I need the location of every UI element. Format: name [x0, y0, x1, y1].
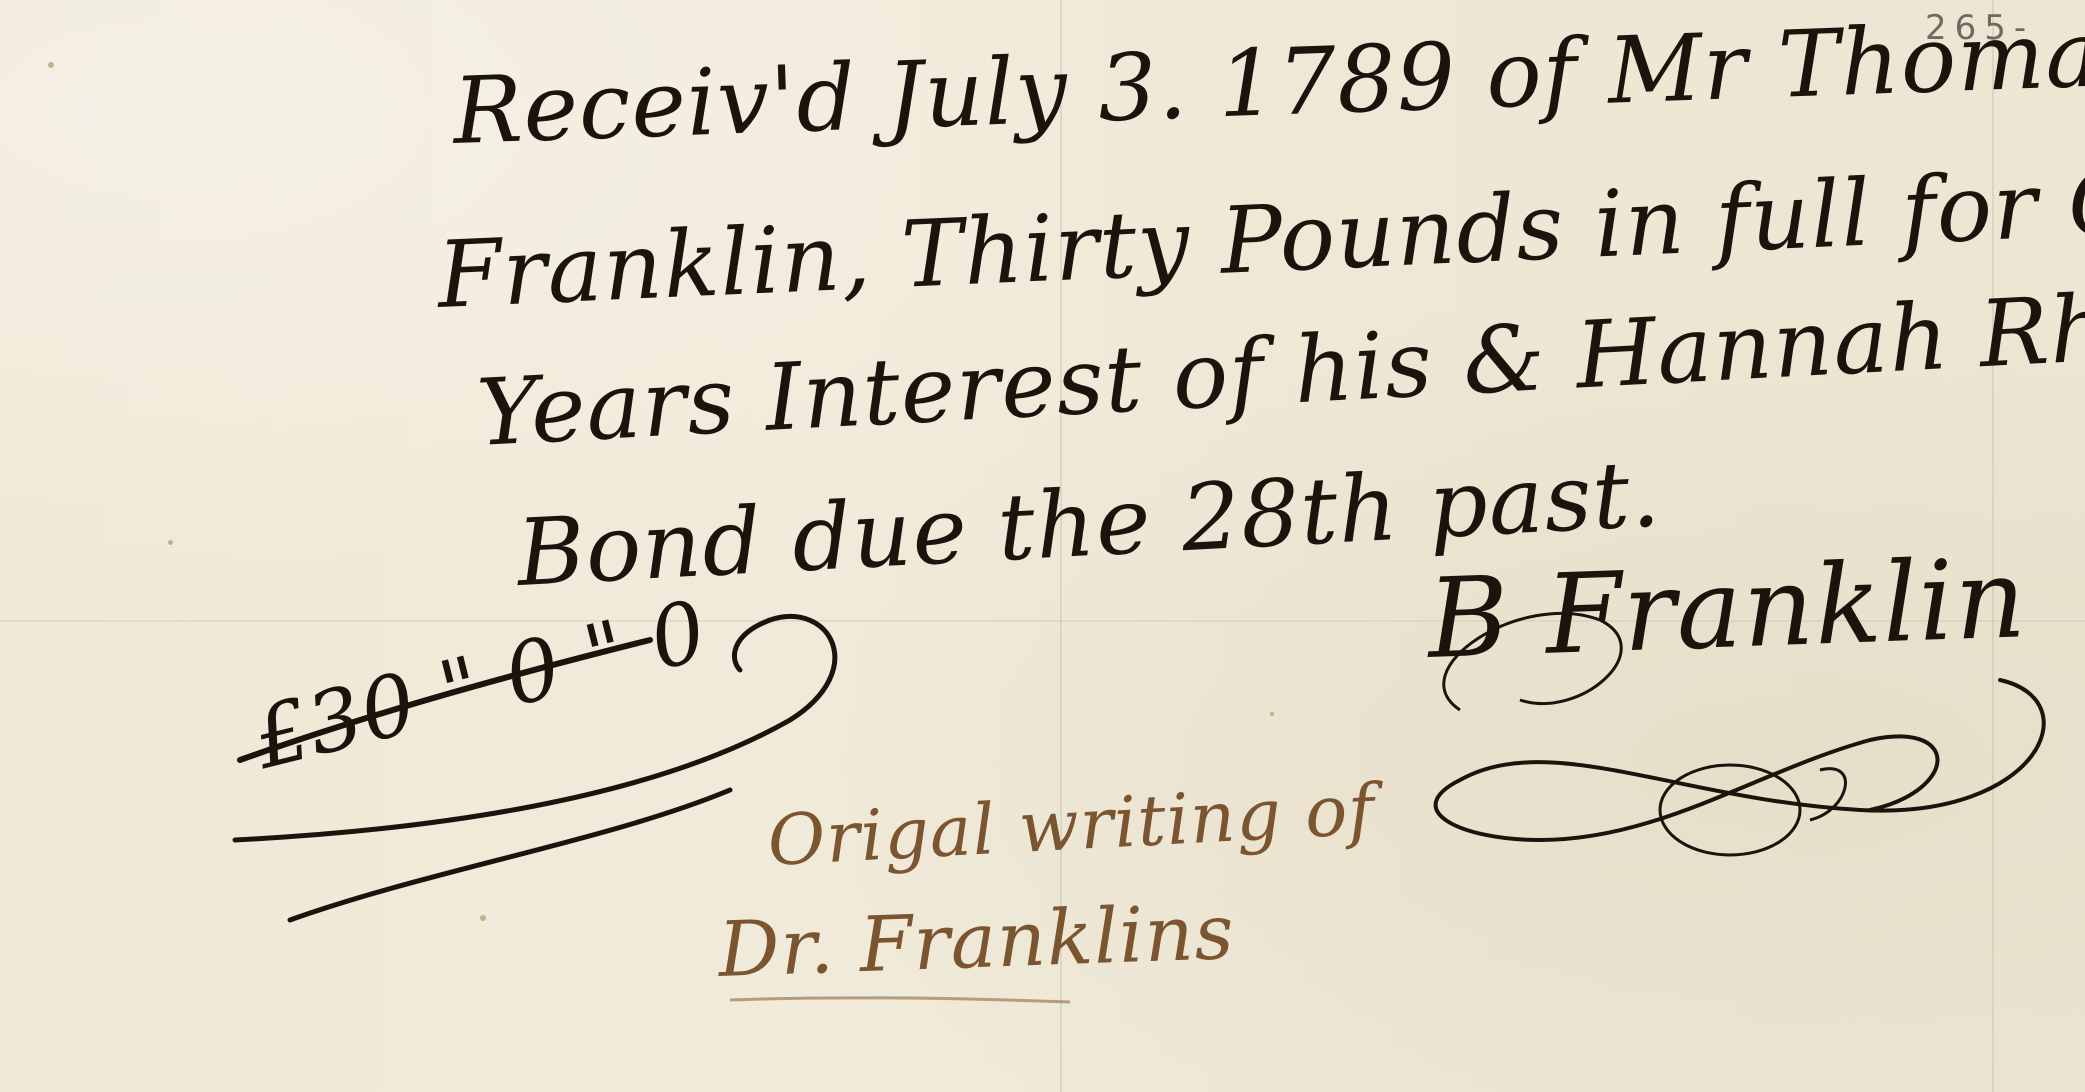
paper-speck	[48, 62, 54, 68]
receipt-line-date: Receiv'd July 3. 1789 of Mr Thomas	[451, 0, 2085, 165]
paper-speck	[1270, 712, 1274, 716]
annotation-underline-icon	[720, 990, 1080, 1010]
paper-speck	[168, 540, 173, 545]
annotation-line-2: Dr. Franklins	[717, 887, 1236, 994]
receipt-document: 265- Receiv'd July 3. 1789 of Mr Thomas …	[0, 0, 2085, 1092]
signature-paraph-icon	[1400, 560, 2080, 860]
